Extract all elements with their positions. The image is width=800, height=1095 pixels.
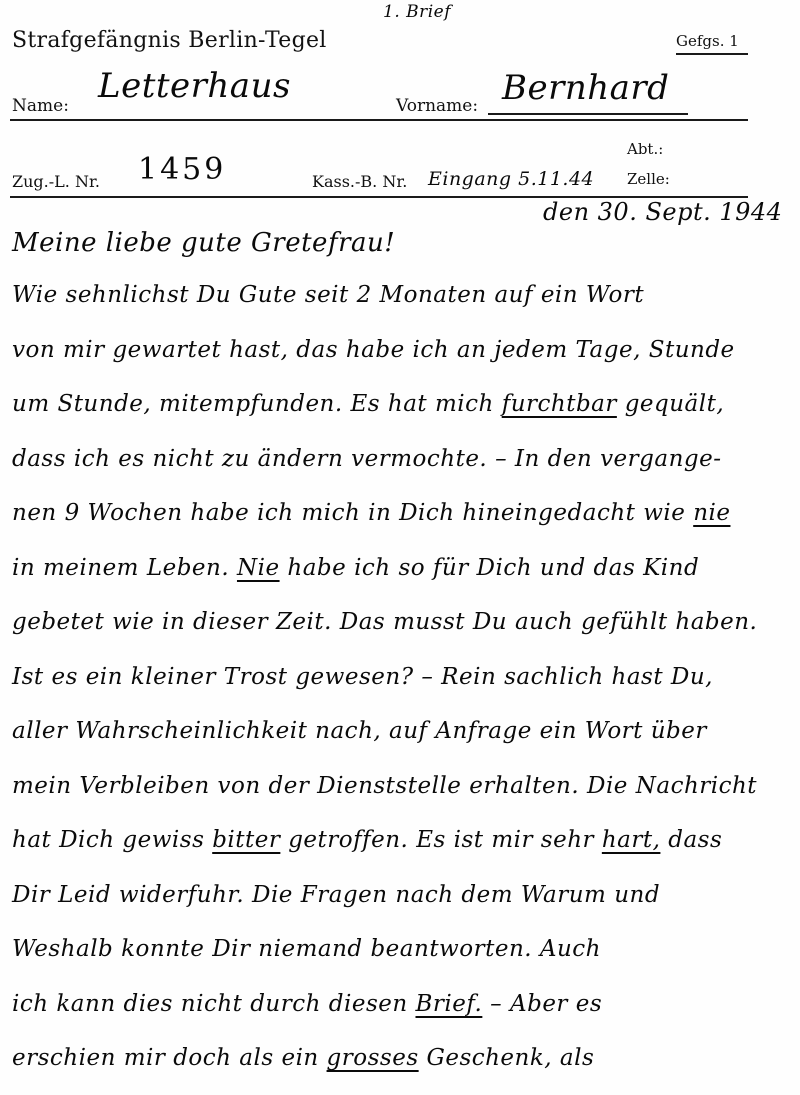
word: Du,: [671, 664, 713, 690]
word: gefühlt: [581, 609, 668, 635]
word: für: [433, 555, 469, 581]
word: sehnlichst: [66, 282, 190, 308]
word: gequält,: [625, 391, 725, 417]
word: nach,: [315, 718, 381, 744]
word: Du: [473, 609, 507, 635]
word: nen: [12, 500, 57, 526]
word: Wahrscheinlichkeit: [75, 718, 307, 744]
word: nicht: [152, 446, 214, 472]
name-label: Name:: [12, 96, 69, 116]
first-name-value: Bernhard: [502, 68, 669, 108]
word: Nachricht: [636, 773, 757, 799]
word: mir: [491, 827, 533, 853]
word: von: [12, 337, 55, 363]
word: das: [296, 337, 338, 363]
word: Gute: [239, 282, 297, 308]
word: Es: [351, 391, 381, 417]
word: es: [51, 664, 77, 690]
word: um: [12, 391, 50, 417]
word: Monaten: [380, 282, 487, 308]
word: Verbleiben: [79, 773, 209, 799]
word: Wort: [586, 282, 644, 308]
word: Dich: [59, 827, 115, 853]
word: Die: [252, 882, 293, 908]
first-name-label: Vorname:: [396, 96, 478, 116]
word: gewesen?: [295, 664, 413, 690]
word: von: [218, 773, 261, 799]
letter-scan: 1. Brief Strafgefängnis Berlin-Tegel Gef…: [0, 0, 800, 1095]
word: in: [368, 500, 391, 526]
underlined-word: Brief.: [415, 991, 482, 1017]
received-date-note: Eingang 5.11.44: [428, 168, 594, 190]
word: ich: [354, 555, 391, 581]
word: den: [548, 446, 593, 472]
intake-number-label: Zug.-L. Nr.: [12, 172, 100, 191]
word: habe: [287, 555, 346, 581]
word: konnte: [121, 936, 204, 962]
word: mich: [435, 391, 494, 417]
word: habe: [346, 337, 405, 363]
word: das: [594, 555, 636, 581]
letter-line: Wie sehnlichst Du Gute seit 2 Monaten au…: [12, 282, 644, 308]
word: –: [495, 446, 507, 472]
letter-line: dass ich es nicht zu ändern vermochte. –…: [12, 446, 722, 472]
letter-line: Dir Leid widerfuhr. Die Fragen nach dem …: [12, 882, 660, 908]
cash-book-number-label: Kass.-B. Nr.: [312, 172, 407, 191]
word: gewiss: [122, 827, 204, 853]
word: Die: [587, 773, 628, 799]
word: der: [269, 773, 310, 799]
letter-line: gebetet wie in dieser Zeit. Das musst Du…: [12, 609, 757, 635]
word: auch: [515, 609, 573, 635]
institution-title: Strafgefängnis Berlin-Tegel: [12, 28, 327, 53]
letter-line: erschien mir doch als ein grosses Gesche…: [12, 1045, 594, 1071]
letter-line: um Stunde, mitempfunden. Es hat mich fur…: [12, 391, 724, 417]
letter-line: Ist es ein kleiner Trost gewesen? – Rein…: [12, 664, 713, 690]
word: musst: [393, 609, 465, 635]
header-divider-1: [10, 119, 748, 121]
word: es: [576, 991, 602, 1017]
word: Stunde,: [57, 391, 151, 417]
word: dem: [461, 882, 513, 908]
word: ein: [540, 718, 577, 744]
letter-line: Weshalb konnte Dir niemand beantworten. …: [12, 936, 601, 962]
underlined-word: bitter: [212, 827, 280, 853]
word: erschien: [12, 1045, 116, 1071]
word: nicht: [181, 991, 243, 1017]
word: gebetet: [12, 609, 104, 635]
form-code: Gefgs. 1: [676, 32, 739, 50]
letter-line: in meinem Leben. Nie habe ich so für Dic…: [12, 555, 699, 581]
word: Dir: [12, 882, 50, 908]
word: hat: [12, 827, 51, 853]
word: hast,: [229, 337, 288, 363]
word: jedem: [494, 337, 567, 363]
word: ein: [541, 282, 578, 308]
word: Es: [416, 827, 446, 853]
word: Weshalb: [12, 936, 113, 962]
word: Ist: [12, 664, 44, 690]
word: ich: [74, 446, 111, 472]
letter-number-annotation: 1. Brief: [383, 2, 451, 22]
word: Auch: [540, 936, 601, 962]
word: Tage,: [575, 337, 640, 363]
word: dies: [123, 991, 173, 1017]
word: ein: [281, 1045, 318, 1071]
word: Kind: [643, 555, 699, 581]
word: Stunde: [649, 337, 735, 363]
first-name-underline: [488, 113, 688, 115]
word: 2: [357, 282, 372, 308]
word: als: [560, 1045, 594, 1071]
word: vermochte.: [351, 446, 487, 472]
word: ist: [454, 827, 484, 853]
word: niemand: [258, 936, 362, 962]
word: Trost: [224, 664, 288, 690]
word: mich: [301, 500, 360, 526]
word: ich: [413, 337, 450, 363]
form-code-underline: [676, 53, 748, 55]
word: habe: [190, 500, 249, 526]
word: Leid: [58, 882, 111, 908]
word: haben.: [675, 609, 757, 635]
word: Rein: [441, 664, 496, 690]
word: beantworten.: [370, 936, 532, 962]
word: auf: [494, 282, 533, 308]
word: Das: [340, 609, 385, 635]
word: es: [118, 446, 144, 472]
word: Anfrage: [435, 718, 531, 744]
word: ich: [257, 500, 294, 526]
word: an: [457, 337, 487, 363]
word: sehr: [541, 827, 594, 853]
letter-line: hat Dich gewiss bitter getroffen. Es ist…: [12, 827, 722, 853]
word: 9: [65, 500, 80, 526]
word: vergange-: [600, 446, 721, 472]
word: Dienststelle: [317, 773, 461, 799]
word: Warum: [521, 882, 606, 908]
word: ein: [86, 664, 123, 690]
word: und: [614, 882, 660, 908]
word: auf: [389, 718, 428, 744]
word: Dir: [212, 936, 250, 962]
word: Geschenk,: [426, 1045, 552, 1071]
word: sachlich: [504, 664, 604, 690]
word: doch: [173, 1045, 231, 1071]
word: dieser: [193, 609, 268, 635]
word: mein: [12, 773, 72, 799]
word: ändern: [258, 446, 344, 472]
word: hast: [612, 664, 664, 690]
word: kleiner: [131, 664, 216, 690]
word: Leben.: [147, 555, 229, 581]
word: wie: [643, 500, 685, 526]
word: Aber: [510, 991, 568, 1017]
word: hat: [388, 391, 427, 417]
letter-date: den 30. Sept. 1944: [543, 198, 782, 226]
word: mir: [124, 1045, 166, 1071]
word: nach: [395, 882, 453, 908]
word: Dich: [477, 555, 533, 581]
word: über: [651, 718, 707, 744]
word: als: [239, 1045, 273, 1071]
word: Fragen: [301, 882, 388, 908]
word: Dich: [399, 500, 455, 526]
word: meinem: [43, 555, 139, 581]
word: dass: [12, 446, 66, 472]
word: Wochen: [88, 500, 183, 526]
word: Zeit.: [276, 609, 332, 635]
word: Wie: [12, 282, 58, 308]
word: erhalten.: [469, 773, 579, 799]
word: seit: [305, 282, 349, 308]
word: kann: [56, 991, 115, 1017]
underlined-word: hart,: [602, 827, 661, 853]
word: –: [490, 991, 502, 1017]
word: hineingedacht: [462, 500, 635, 526]
letter-line: aller Wahrscheinlichkeit nach, auf Anfra…: [12, 718, 707, 744]
word: zu: [222, 446, 250, 472]
word: ich: [12, 991, 49, 1017]
underlined-word: grosses: [327, 1045, 419, 1071]
word: so: [398, 555, 425, 581]
intake-number-value: 1459: [138, 152, 226, 187]
cell-label: Zelle:: [627, 170, 670, 188]
word: aller: [12, 718, 68, 744]
word: und: [540, 555, 586, 581]
word: Wort: [585, 718, 643, 744]
word: In: [515, 446, 540, 472]
underlined-word: furchtbar: [502, 391, 617, 417]
letter-line: von mir gewartet hast, das habe ich an j…: [12, 337, 735, 363]
word: mitempfunden.: [159, 391, 343, 417]
word: dass: [668, 827, 722, 853]
department-label: Abt.:: [627, 140, 663, 158]
word: getroffen.: [288, 827, 408, 853]
word: gewartet: [112, 337, 221, 363]
letter-line: mein Verbleiben von der Dienststelle erh…: [12, 773, 757, 799]
letter-line: nen 9 Wochen habe ich mich in Dich hinei…: [12, 500, 730, 526]
word: diesen: [329, 991, 408, 1017]
word: mir: [63, 337, 105, 363]
word: widerfuhr.: [119, 882, 244, 908]
letter-line: ich kann dies nicht durch diesen Brief. …: [12, 991, 602, 1017]
word: in: [12, 555, 35, 581]
underlined-word: Nie: [237, 555, 280, 581]
surname-value: Letterhaus: [98, 66, 291, 106]
letter-salutation: Meine liebe gute Gretefrau!: [12, 228, 395, 258]
word: –: [421, 664, 433, 690]
word: Du: [197, 282, 231, 308]
word: wie: [112, 609, 154, 635]
underlined-word: nie: [693, 500, 730, 526]
word: in: [162, 609, 185, 635]
word: durch: [250, 991, 321, 1017]
